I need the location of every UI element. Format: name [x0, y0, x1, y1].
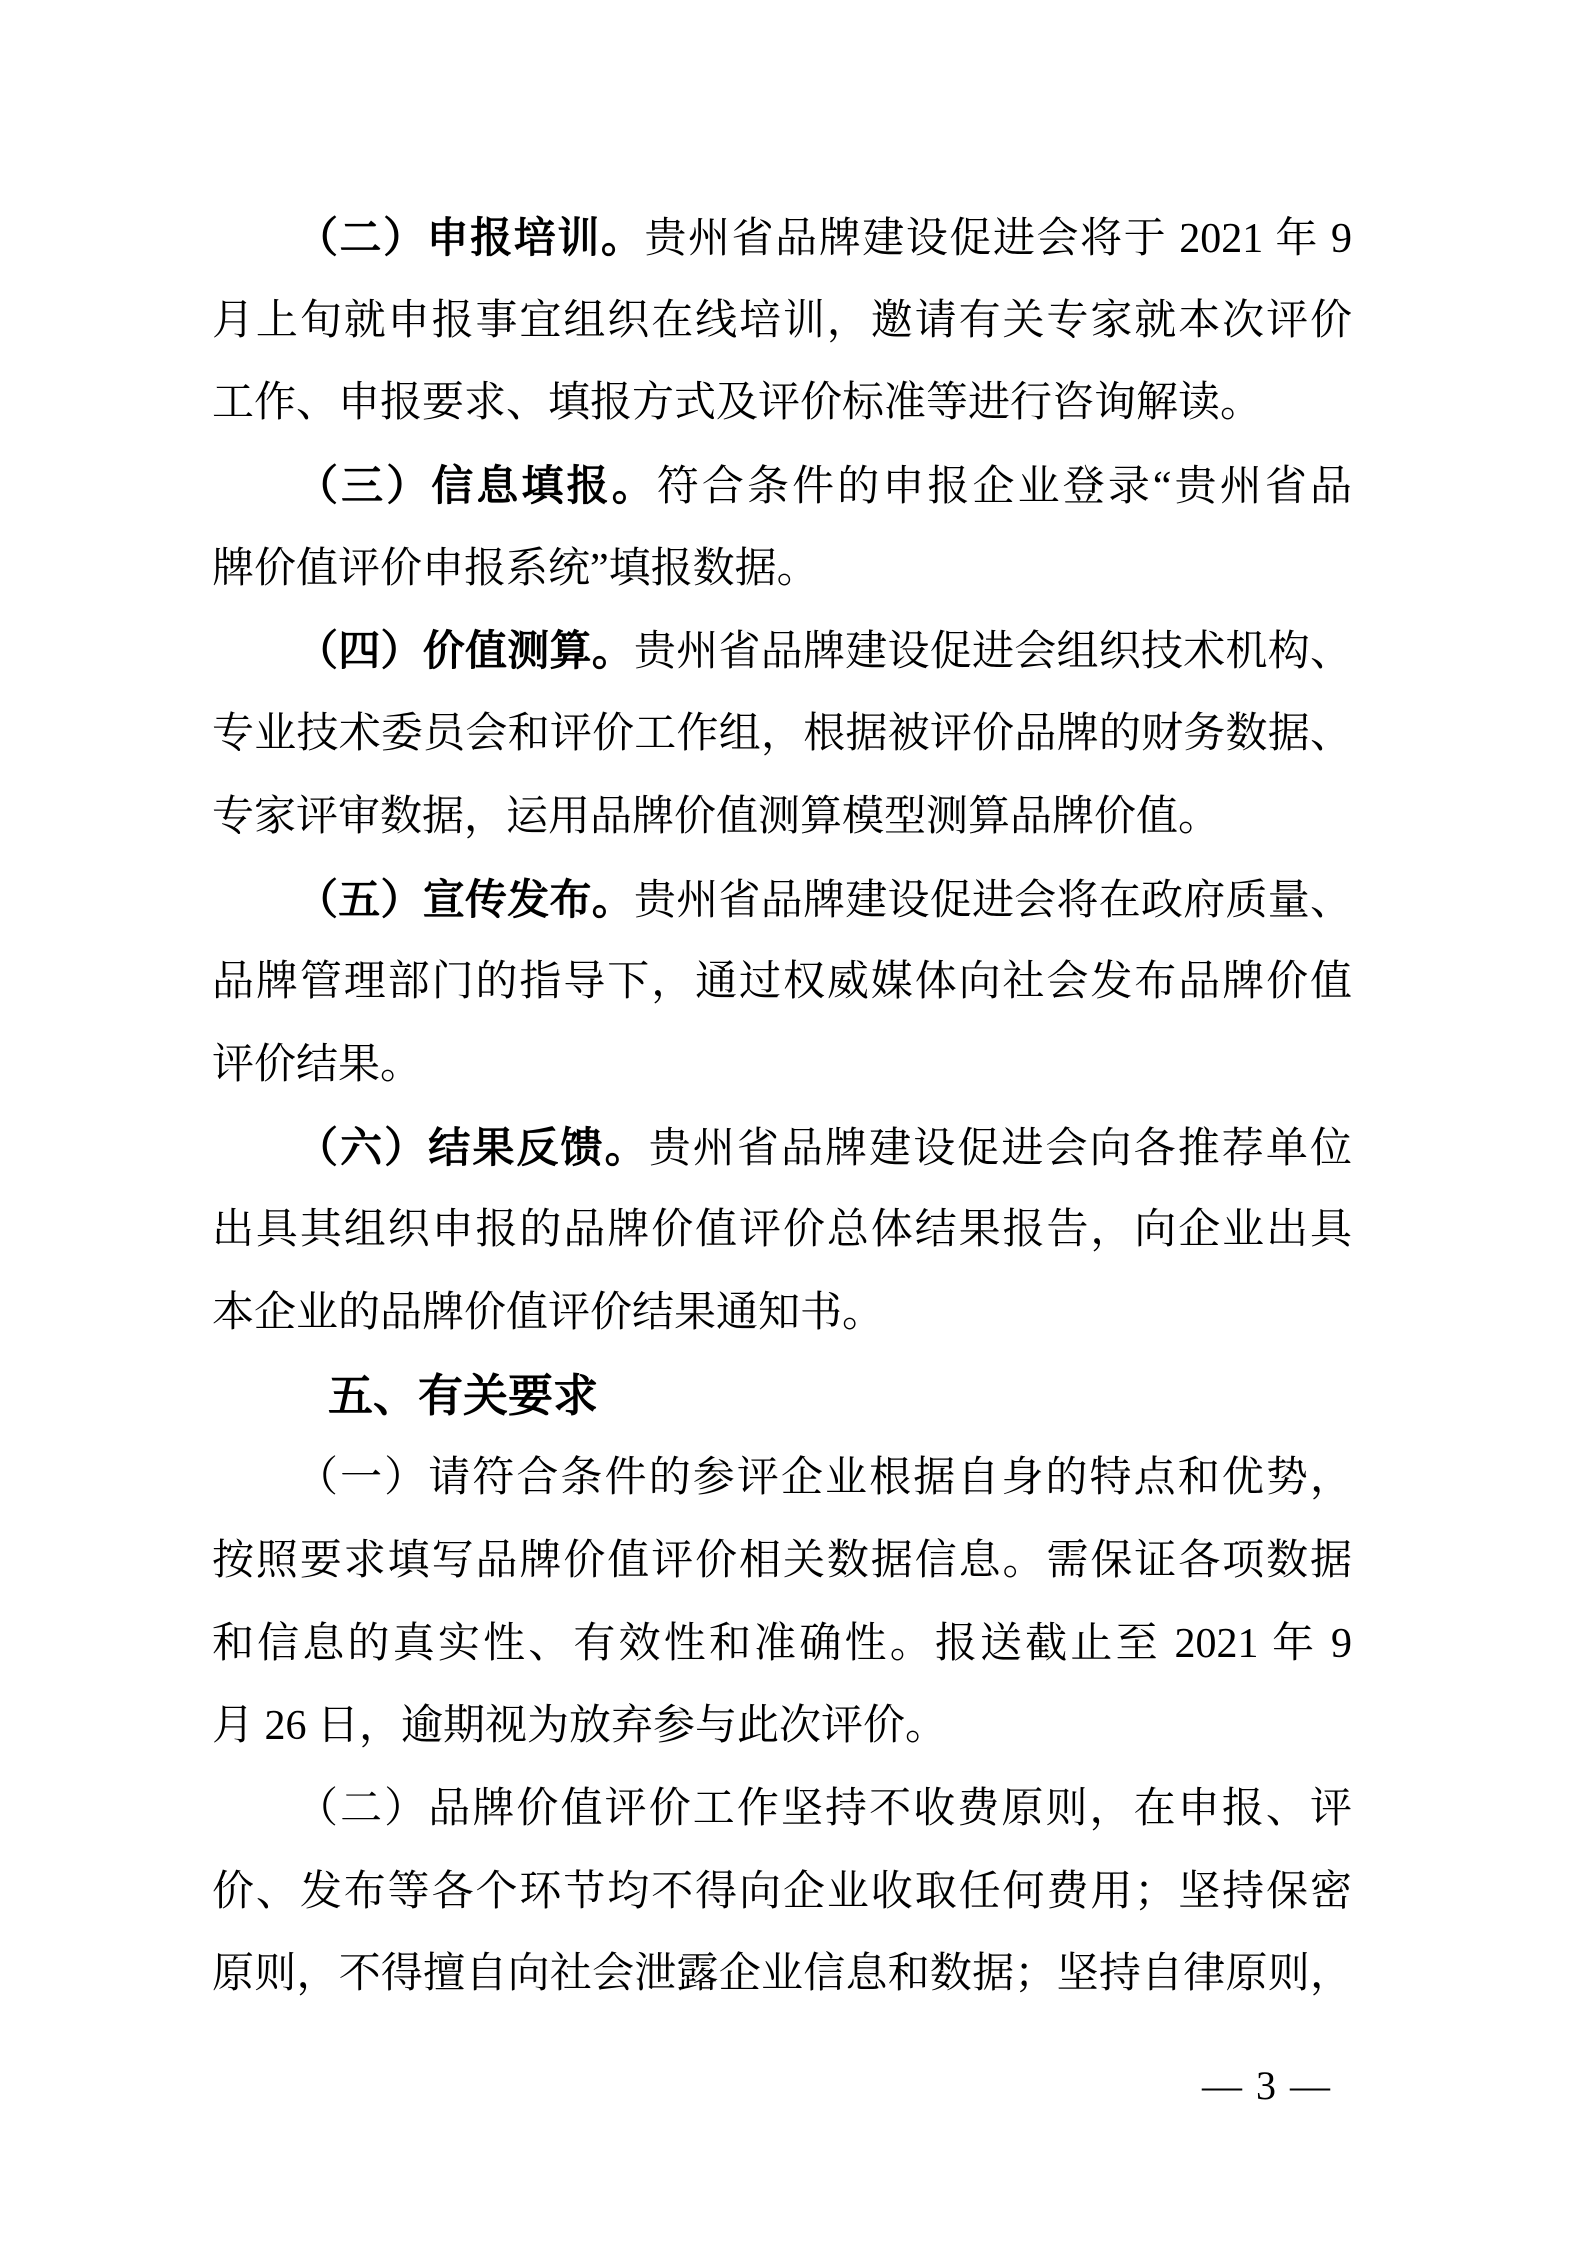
text-run: 工作、申报要求、填报方式及评价标准等进行咨询解读。 [212, 380, 1262, 426]
document-line: 月 26 日，逾期视为放弃参与此次评价。 [212, 1685, 1352, 1768]
bold-text-run: （五）宣传发布。 [296, 876, 634, 923]
text-run: （二）品牌价值评价工作坚持不收费原则，在申报、评 [296, 1786, 1352, 1832]
document-line: （二）品牌价值评价工作坚持不收费原则，在申报、评 [212, 1768, 1352, 1851]
text-run: 贵州省品牌建设促进会组织技术机构、 [634, 629, 1352, 675]
text-run: 本企业的品牌价值评价结果通知书。 [212, 1290, 884, 1336]
text-run: 原则，不得擅自向社会泄露企业信息和数据；坚持自律原则， [212, 1951, 1352, 1997]
text-run: 出具其组织申报的品牌价值评价总体结果报告，向企业出具 [212, 1207, 1352, 1253]
text-run: 贵州省品牌建设促进会将在政府质量、 [634, 878, 1352, 924]
page-number: — 3 — [1202, 2056, 1332, 2116]
bold-text-run: （二）申报培训。 [296, 214, 645, 261]
text-run: 月 26 日，逾期视为放弃参与此次评价。 [212, 1703, 947, 1749]
bold-text-run: 五、有关要求 [328, 1370, 598, 1421]
document-line: 本企业的品牌价值评价结果通知书。 [212, 1272, 1352, 1355]
document-line: 工作、申报要求、填报方式及评价标准等进行咨询解读。 [212, 362, 1352, 445]
document-line: 原则，不得擅自向社会泄露企业信息和数据；坚持自律原则， [212, 1933, 1352, 2016]
document-line: （三）信息填报。符合条件的申报企业登录“贵州省品 [212, 445, 1352, 528]
text-run: 按照要求填写品牌价值评价相关数据信息。需保证各项数据 [212, 1538, 1352, 1584]
document-line: 按照要求填写品牌价值评价相关数据信息。需保证各项数据 [212, 1520, 1352, 1603]
document-line: 出具其组织申报的品牌价值评价总体结果报告，向企业出具 [212, 1189, 1352, 1272]
text-run: 月上旬就申报事宜组织在线培训，邀请有关专家就本次评价 [212, 298, 1352, 344]
text-run: 和信息的真实性、有效性和准确性。报送截止至 2021 年 9 [212, 1621, 1352, 1667]
document-line: 和信息的真实性、有效性和准确性。报送截止至 2021 年 9 [212, 1603, 1352, 1686]
document-line: 牌价值评价申报系统”填报数据。 [212, 528, 1352, 611]
document-line: （二）申报培训。贵州省品牌建设促进会将于 2021 年 9 [212, 197, 1352, 280]
text-run: 贵州省品牌建设促进会向各推荐单位 [649, 1126, 1352, 1172]
text-run: 专业技术委员会和评价工作组，根据被评价品牌的财务数据、 [212, 711, 1352, 757]
bold-text-run: （六）结果反馈。 [296, 1124, 649, 1171]
text-run: 价、发布等各个环节均不得向企业收取任何费用；坚持保密 [212, 1869, 1352, 1915]
section-heading: 五、有关要求 [212, 1355, 1352, 1438]
document-line: （四）价值测算。贵州省品牌建设促进会组织技术机构、 [212, 610, 1352, 693]
text-run: 品牌管理部门的指导下，通过权威媒体向社会发布品牌价值 [212, 959, 1352, 1005]
document-line: 专家评审数据，运用品牌价值测算模型测算品牌价值。 [212, 776, 1352, 859]
document-page: （二）申报培训。贵州省品牌建设促进会将于 2021 年 9月上旬就申报事宜组织在… [0, 0, 1587, 2245]
document-line: 评价结果。 [212, 1024, 1352, 1107]
text-run: 牌价值评价申报系统”填报数据。 [212, 546, 819, 592]
text-run: 贵州省品牌建设促进会将于 2021 年 9 [645, 216, 1352, 262]
document-line: 品牌管理部门的指导下，通过权威媒体向社会发布品牌价值 [212, 941, 1352, 1024]
text-run: 符合条件的申报企业登录“贵州省品 [657, 464, 1352, 510]
document-line: （五）宣传发布。贵州省品牌建设促进会将在政府质量、 [212, 859, 1352, 942]
text-run: （一）请符合条件的参评企业根据自身的特点和优势， [296, 1455, 1352, 1501]
bold-text-run: （三）信息填报。 [296, 462, 657, 509]
document-line: 月上旬就申报事宜组织在线培训，邀请有关专家就本次评价 [212, 280, 1352, 363]
bold-text-run: （四）价值测算。 [296, 627, 634, 674]
document-line: （六）结果反馈。贵州省品牌建设促进会向各推荐单位 [212, 1107, 1352, 1190]
document-line: 专业技术委员会和评价工作组，根据被评价品牌的财务数据、 [212, 693, 1352, 776]
text-run: 评价结果。 [212, 1042, 422, 1088]
text-run: 专家评审数据，运用品牌价值测算模型测算品牌价值。 [212, 794, 1220, 840]
document-line: （一）请符合条件的参评企业根据自身的特点和优势， [212, 1437, 1352, 1520]
document-body: （二）申报培训。贵州省品牌建设促进会将于 2021 年 9月上旬就申报事宜组织在… [212, 197, 1352, 2016]
document-line: 价、发布等各个环节均不得向企业收取任何费用；坚持保密 [212, 1851, 1352, 1934]
